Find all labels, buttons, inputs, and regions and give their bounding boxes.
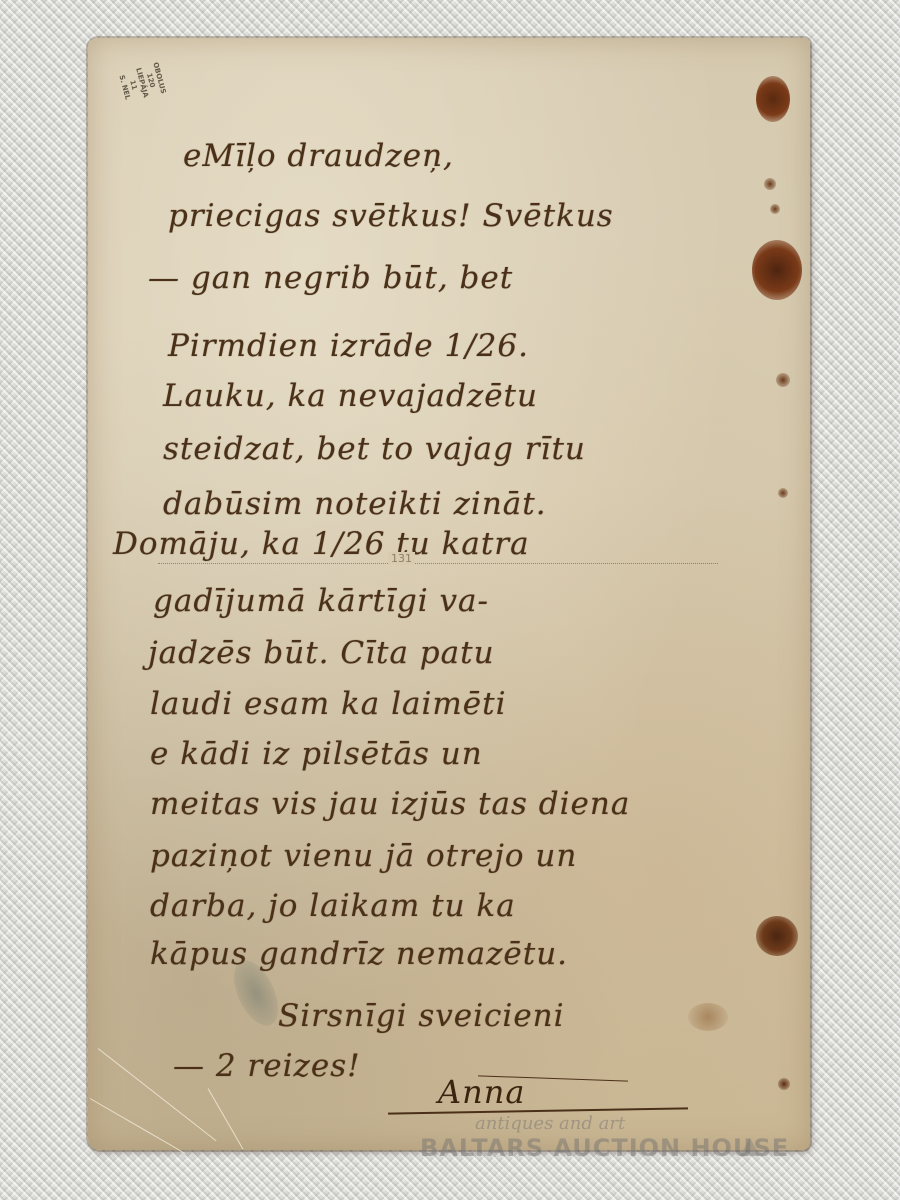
letter-line: laudi esam ka laimēti: [150, 686, 507, 722]
postcard: OBOLUS 120 LIEPĀJA 11 S. NEL eMīļo draud…: [88, 38, 810, 1150]
letter-line: paziņot vienu jā otrejo un: [150, 838, 577, 874]
letter-line: Lauku, ka nevajadzētu: [163, 378, 538, 414]
signature: Anna: [438, 1073, 525, 1111]
letter-line: dabūsim noteikti zināt.: [163, 486, 547, 522]
letter-line: darba, jo laikam tu ka: [150, 888, 516, 924]
letter-line: — 2 reizes!: [173, 1048, 361, 1084]
letter-line: steidzat, bet to vajag rītu: [163, 431, 586, 467]
letter-line: gadījumā kārtīgi va-: [153, 583, 489, 619]
letter-line: — gan negrib būt, bet: [148, 260, 513, 296]
letter-line: Sirsnīgi sveicieni: [278, 998, 565, 1034]
letter-line: meitas vis jau izjūs tas diena: [150, 786, 630, 822]
printed-number: 131: [388, 552, 415, 565]
letter-line: jadzēs būt. Cīta patu: [148, 635, 495, 671]
letter-line: Domāju, ka 1/26 tu katra: [113, 526, 530, 562]
watermark-tagline: antiques and art: [475, 1113, 625, 1134]
letter-line: kāpus gandrīz nemazētu.: [150, 936, 568, 972]
handwritten-text: eMīļo draudzeņ, priecigas svētkus! Svētk…: [88, 38, 810, 1150]
letter-line: Pirmdien izrāde 1/26.: [168, 328, 529, 364]
printed-dotted-rule: [158, 563, 718, 564]
letter-line: e kādi iz pilsētās un: [150, 736, 483, 772]
watermark-name: BALTARS AUCTION HOUSE: [420, 1134, 789, 1162]
letter-line: priecigas svētkus! Svētkus: [168, 198, 614, 234]
letter-line: eMīļo draudzeņ,: [183, 138, 454, 174]
